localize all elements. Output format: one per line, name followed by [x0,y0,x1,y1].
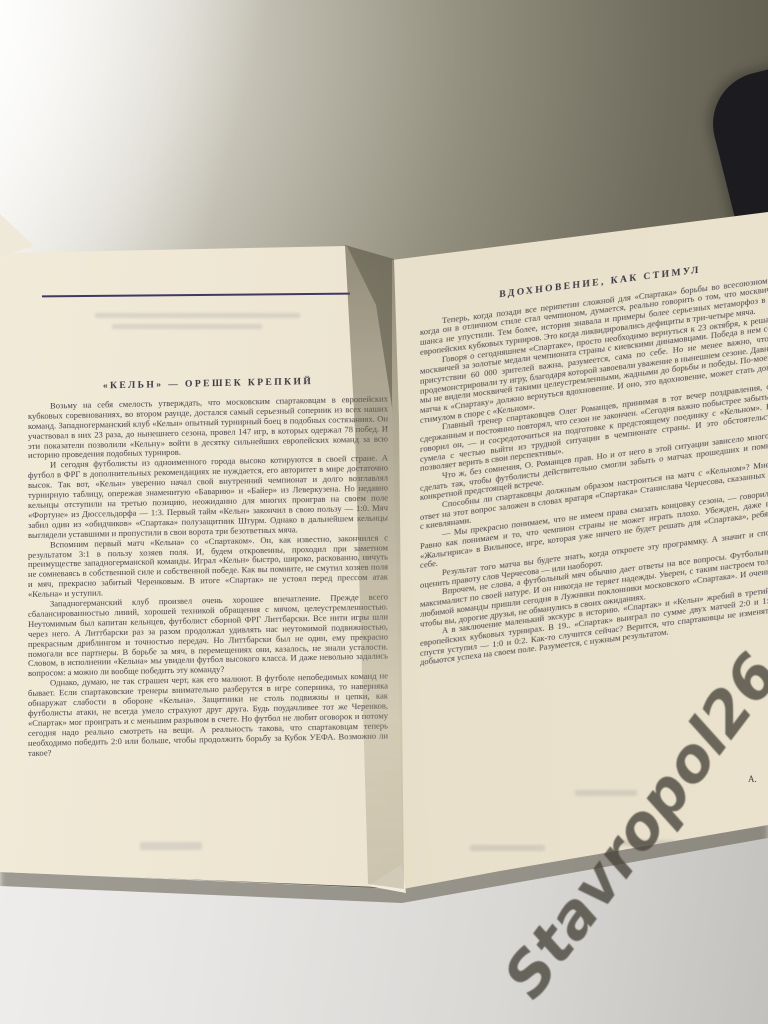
ghost-print [140,842,202,850]
ink-rule-line [42,293,350,298]
article-paragraph: Вспомним первый матч «Кельна» со «Спарта… [28,533,388,600]
left-article-heading: «КЕЛЬН» — ОРЕШЕК КРЕПКИЙ [28,375,388,392]
author-initial: А. [748,774,757,784]
article-paragraph: И сегодня футболисты из одноименного гор… [28,454,388,541]
right-article: ВДОХНОВЕНИЕ, КАК СТИМУЛ Теперь, когда по… [420,251,768,668]
left-article: «КЕЛЬН» — ОРЕШЕК КРЕПКИЙ Возьму на себя … [28,375,388,758]
article-paragraph: Возьму на себя смелость утверждать, что … [28,394,388,461]
article-paragraph: Западногерманский клуб произвел очень хо… [28,592,388,679]
ghost-print [95,313,300,318]
photo-of-open-programme: «КЕЛЬН» — ОРЕШЕК КРЕПКИЙ Возьму на себя … [0,0,768,1024]
ghost-print [112,324,262,329]
ghost-print [470,845,545,851]
article-paragraph: Однако, думаю, не так страшен черт, как … [28,672,388,759]
